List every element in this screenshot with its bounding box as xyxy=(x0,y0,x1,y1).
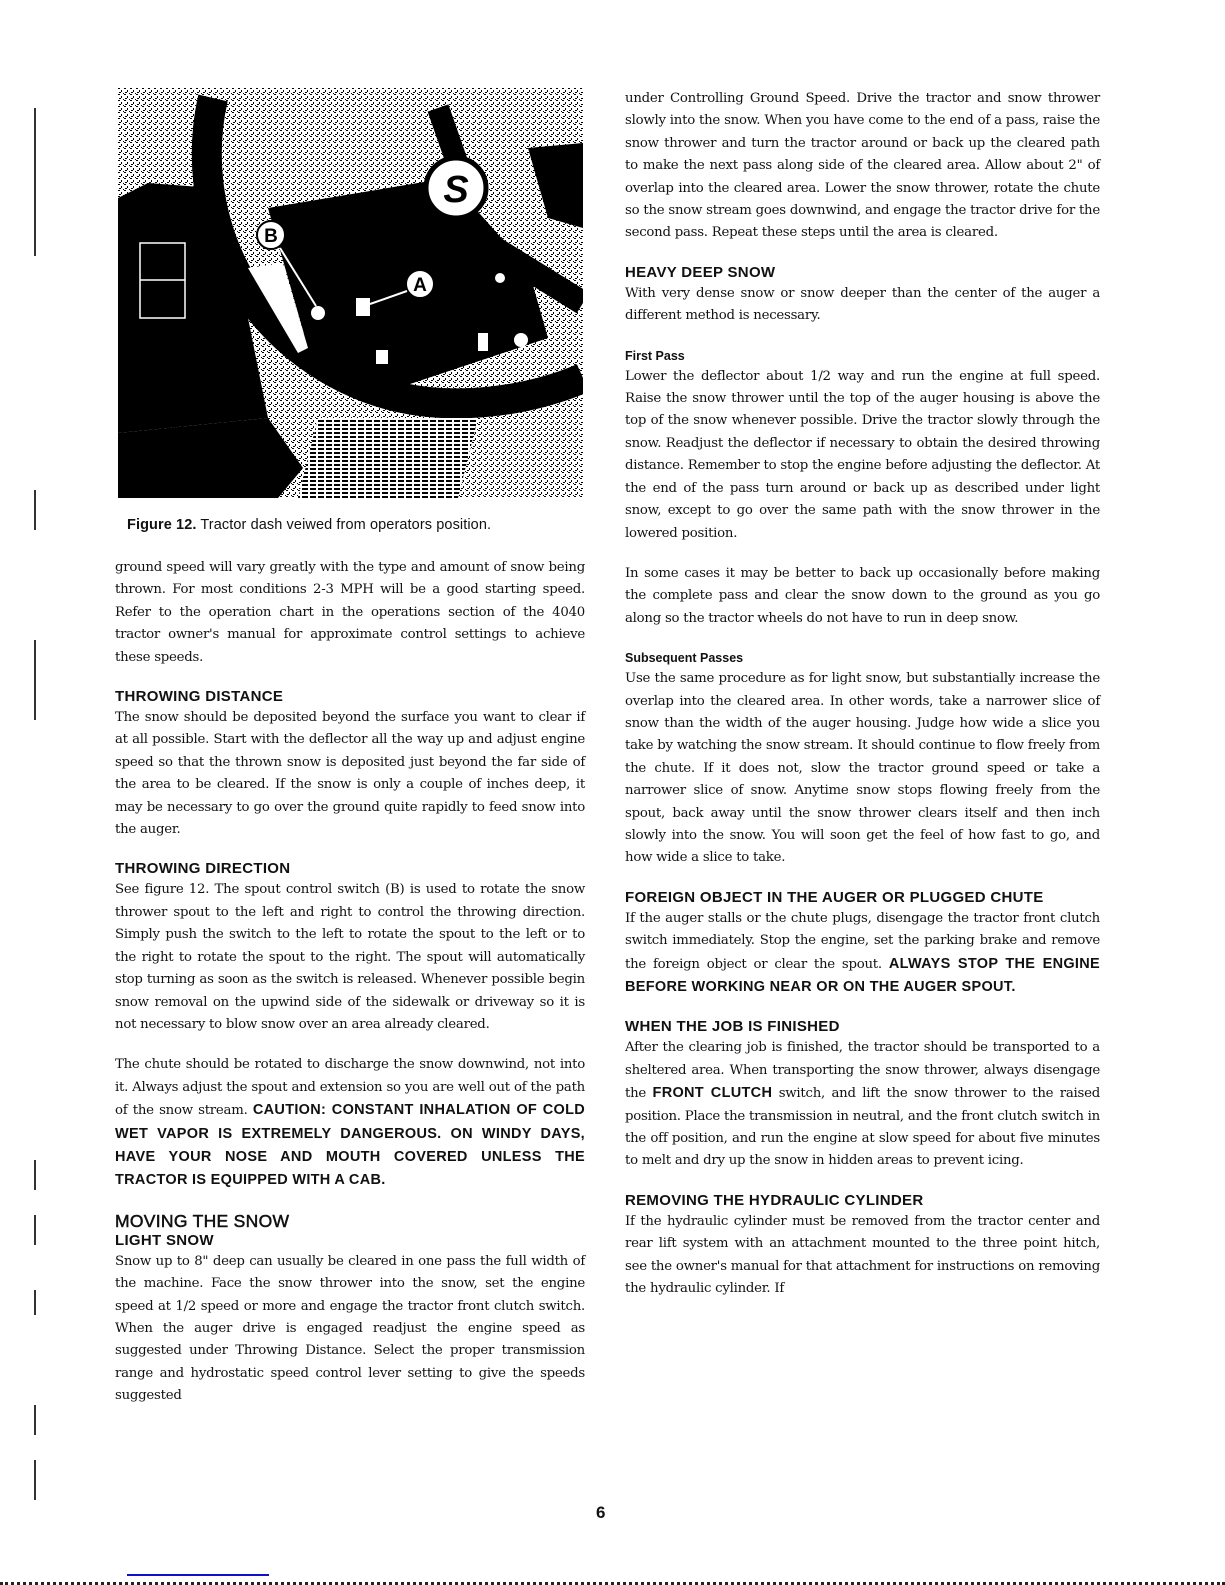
heading-heavy-deep-snow: HEAVY DEEP SNOW xyxy=(625,263,1100,283)
figure-caption-label: Figure 12. xyxy=(127,517,197,533)
scan-margin-mark xyxy=(34,1160,36,1190)
throwing-distance-body: The snow should be deposited beyond the … xyxy=(115,707,585,841)
figure-caption: Figure 12. Tractor dash veiwed from oper… xyxy=(127,517,585,533)
scan-margin-mark xyxy=(34,1290,36,1315)
front-clutch-emphasis: FRONT CLUTCH xyxy=(653,1085,773,1101)
simplicity-logo: S xyxy=(443,169,468,211)
chute-paragraph: The chute should be rotated to discharge… xyxy=(115,1054,585,1192)
throwing-direction-body: See figure 12. The spout control switch … xyxy=(115,879,585,1036)
scan-margin-mark xyxy=(34,1460,36,1500)
tractor-dash-illustration: S B A xyxy=(118,88,583,498)
scan-margin-mark xyxy=(34,1215,36,1245)
subheading-light-snow: LIGHT SNOW xyxy=(115,1231,585,1251)
first-pass-body: Lower the deflector about 1/2 way and ru… xyxy=(625,366,1100,545)
heading-moving-the-snow: MOVING THE SNOW xyxy=(115,1211,585,1231)
continuation-paragraph: under Controlling Ground Speed. Drive th… xyxy=(625,88,1100,245)
scan-margin-mark xyxy=(34,490,36,530)
heading-throwing-distance: THROWING DISTANCE xyxy=(115,687,585,707)
figure-tractor-dash-photo: S B A xyxy=(118,88,583,498)
scan-margin-mark xyxy=(34,108,36,256)
subheading-subsequent-passes: Subsequent Passes xyxy=(625,648,1100,668)
light-snow-body: Snow up to 8" deep can usually be cleare… xyxy=(115,1251,585,1408)
link-underline[interactable] xyxy=(127,1574,269,1576)
callout-a: A xyxy=(413,275,427,296)
scan-margin-mark xyxy=(34,640,36,720)
subheading-first-pass: First Pass xyxy=(625,346,1100,366)
foreign-object-paragraph: If the auger stalls or the chute plugs, … xyxy=(625,908,1100,1000)
heading-throwing-direction: THROWING DIRECTION xyxy=(115,859,585,879)
heading-foreign-object: FOREIGN OBJECT IN THE AUGER OR PLUGGED C… xyxy=(625,888,1100,908)
heading-removing-hydraulic-cylinder: REMOVING THE HYDRAULIC CYLINDER xyxy=(625,1191,1100,1211)
figure-caption-text: Tractor dash veiwed from operators posit… xyxy=(200,517,491,533)
job-finished-paragraph: After the clearing job is finished, the … xyxy=(625,1037,1100,1172)
page-number: 6 xyxy=(596,1503,605,1523)
subsequent-passes-body: Use the same procedure as for light snow… xyxy=(625,668,1100,870)
intro-paragraph: ground speed will vary greatly with the … xyxy=(115,557,585,669)
back-up-paragraph: In some cases it may be better to back u… xyxy=(625,563,1100,630)
heavy-deep-snow-body: With very dense snow or snow deeper than… xyxy=(625,283,1100,328)
left-column: S B A Figure 12. Tractor dash veiwed fro… xyxy=(115,88,585,1408)
heading-job-finished: WHEN THE JOB IS FINISHED xyxy=(625,1017,1100,1037)
scan-margin-mark xyxy=(34,1405,36,1435)
right-column: under Controlling Ground Speed. Drive th… xyxy=(625,88,1100,1300)
callout-b: B xyxy=(264,226,278,247)
hydraulic-cylinder-body: If the hydraulic cylinder must be remove… xyxy=(625,1211,1100,1301)
